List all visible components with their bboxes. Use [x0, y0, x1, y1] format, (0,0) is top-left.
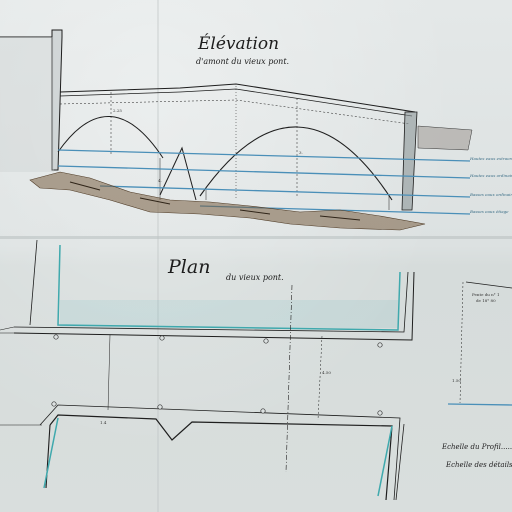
dimension-label: 4. — [158, 178, 162, 183]
plan-subtitle: du vieux pont. — [226, 273, 284, 282]
plan-title: Plan — [168, 256, 210, 278]
bridge-drawing — [0, 0, 512, 512]
drawing-sheet: Élévation d'amont du vieux pont. Plan du… — [0, 0, 512, 512]
profile-note-line2: de 18° 80 — [476, 298, 496, 303]
water-level-label: Hautes eaux ordinaires — [470, 173, 512, 178]
riverbed — [30, 172, 425, 230]
dimension-label: 2.25 — [113, 108, 122, 113]
elevation-subtitle: d'amont du vieux pont. — [196, 57, 289, 66]
water-level-label: Basses eaux ordinaires — [470, 192, 512, 197]
dimension-label: 1.4 — [100, 420, 106, 425]
dimension-label: 4.50 — [322, 370, 331, 375]
dimension-label: 3. — [299, 150, 303, 155]
scale-profile-label: Echelle du Profil........ — [442, 443, 512, 451]
water-level-label: Basses eaux étiage — [470, 209, 509, 214]
elevation-title: Élévation — [198, 34, 279, 54]
dimension-label: 1.50 — [452, 378, 461, 383]
profile-note-line1: Pente du n° 1 — [472, 292, 500, 297]
scale-details-label: Echelle des détails — [446, 461, 512, 469]
plan-view — [0, 240, 414, 500]
water-level-label: Hautes eaux extraordinaires — [470, 156, 512, 161]
